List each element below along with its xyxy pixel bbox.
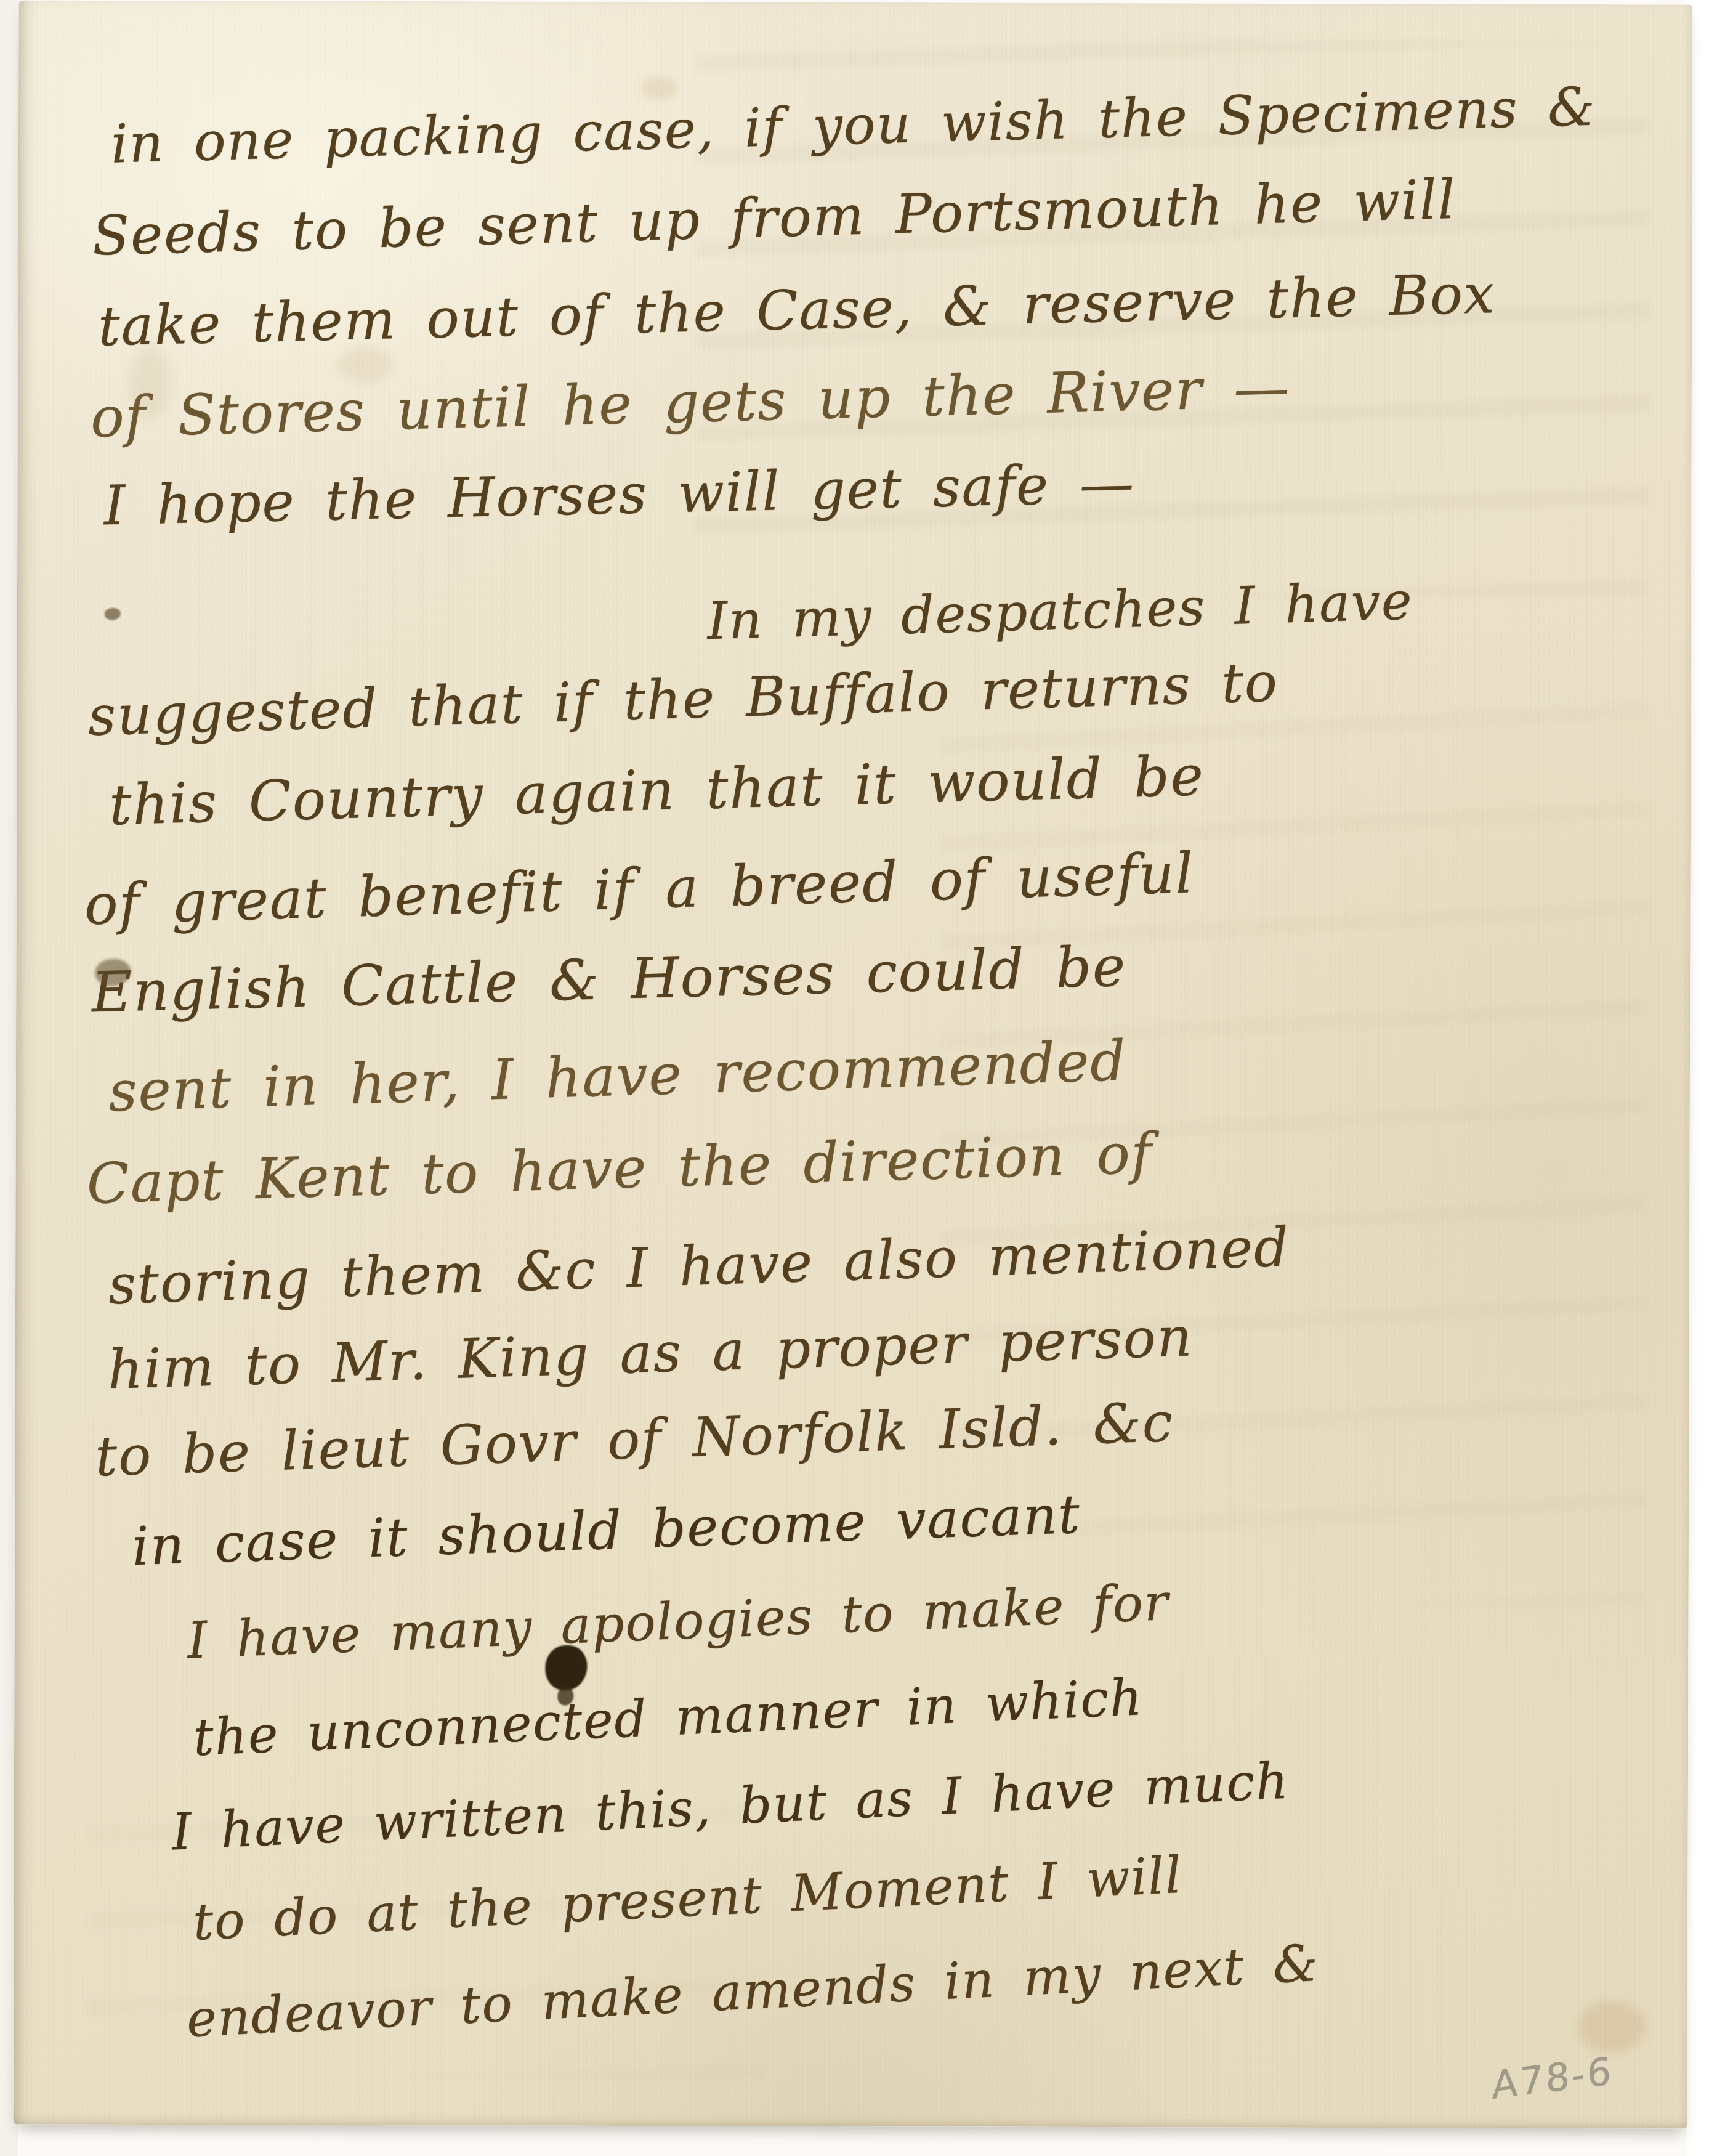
handwriting-line: the unconnected manner in which [192, 1668, 1144, 1767]
scan-backdrop: in one packing case, if you wish the Spe… [0, 0, 1733, 2156]
paper-stain [129, 346, 172, 419]
handwriting-line: Capt Kent to have the direction of [86, 1121, 1153, 1217]
handwriting-line: I hope the Horses will get safe — [103, 452, 1135, 538]
catalog-number-pencil: A78-6 [1492, 2048, 1614, 2108]
paper-stain [640, 76, 677, 100]
handwriting-line: to be lieut Govr of Norfolk Isld. &c [94, 1390, 1174, 1488]
handwriting-line: endeavor to make amends in my next & [185, 1934, 1320, 2049]
handwriting-line: Seeds to be sent up from Portsmouth he w… [92, 168, 1457, 268]
handwriting-line: I have written this, but as I have much [171, 1752, 1291, 1862]
handwriting-line: this Country again that it would be [108, 744, 1205, 838]
handwriting-line: suggested that if the Buffalo returns to [87, 650, 1279, 748]
handwriting-line: in one packing case, if you wish the Spe… [110, 76, 1597, 175]
handwriting-line: sent in her, I have recommended [108, 1029, 1128, 1124]
handwriting-line: English Cattle & Horses could be [91, 934, 1127, 1025]
paper-stain [1578, 2000, 1646, 2053]
handwriting-line: of great benefit if a breed of useful [84, 841, 1195, 938]
ink-blot [545, 1645, 587, 1691]
handwriting-line: to do at the present Moment I will [192, 1846, 1184, 1952]
letter-page: in one packing case, if you wish the Spe… [13, 0, 1692, 2128]
handwriting-line: storing them &c I have also mentioned [107, 1215, 1291, 1316]
handwriting-line: In my despatches I have [706, 570, 1414, 651]
paper-stain [338, 346, 394, 383]
handwriting-line: I have many apologies to make for [186, 1573, 1170, 1671]
handwriting-line: him to Mr. King as a proper person [107, 1305, 1194, 1401]
ink-speck [105, 608, 121, 620]
handwriting-line: of Stores until he gets up the River — [90, 355, 1291, 450]
handwriting-line: take them out of the Case, & reserve the… [97, 262, 1496, 358]
handwriting-line: in case it should become vacant [131, 1484, 1081, 1578]
